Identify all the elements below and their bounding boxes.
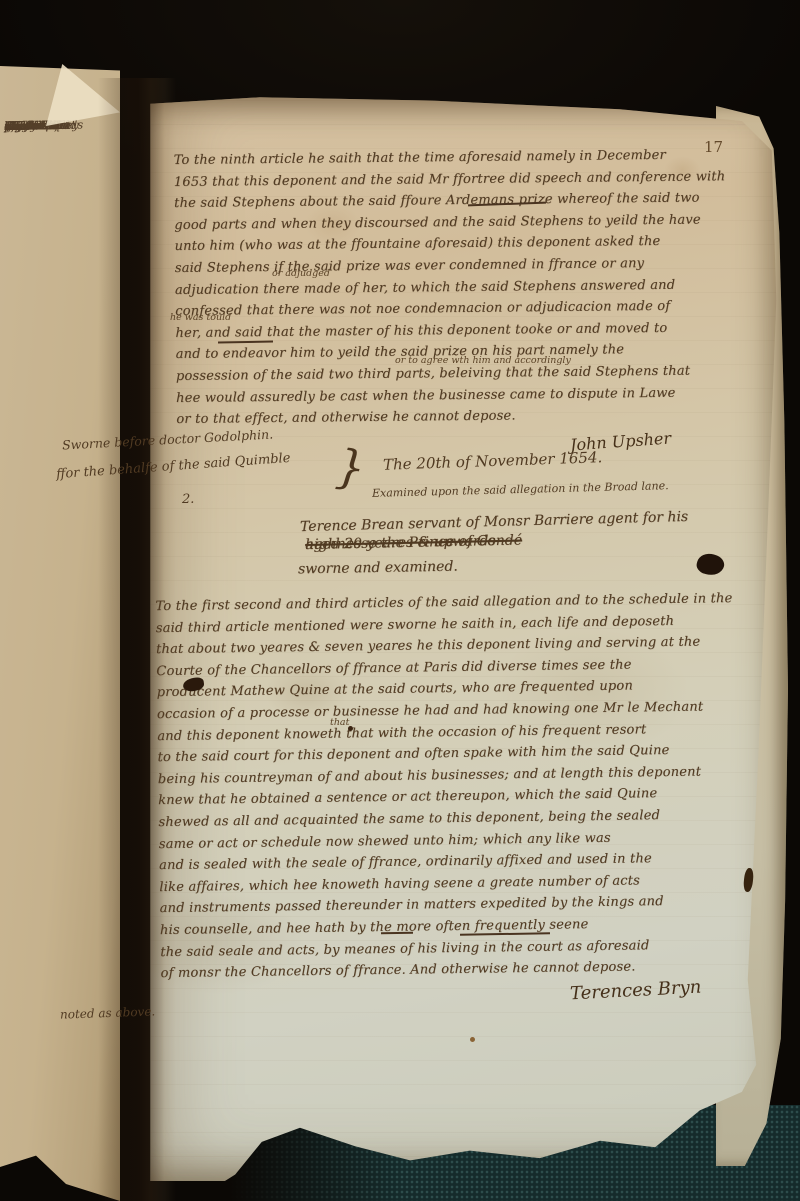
interlinear-insertion: he was tould [170, 312, 231, 323]
margin-brace: } [333, 439, 368, 496]
bottom-margin-note: noted as above. [60, 1004, 156, 1021]
paragraph-first-articles: To the first second and third articles o… [155, 588, 750, 985]
interlinear-insertion: that [330, 717, 349, 728]
ink-stain-dot [470, 1037, 475, 1042]
paragraph-ninth-article: To the ninth article he saith that the t… [174, 144, 752, 431]
photo-stage: wharth —leheh2wbutanora mebutmyfromforof… [0, 0, 800, 1201]
interlinear-insertion: or to agree wth him and accordingly [395, 355, 571, 366]
left-page-edge: k ffrancisher husbandsCh andsaidhis dful… [0, 66, 120, 1201]
item-number: 2. [182, 492, 194, 507]
deposition-heading-line3: sworne and examined. [298, 559, 458, 578]
ink-blot [348, 726, 353, 731]
interlinear-insertion: or adjudged [272, 268, 330, 279]
